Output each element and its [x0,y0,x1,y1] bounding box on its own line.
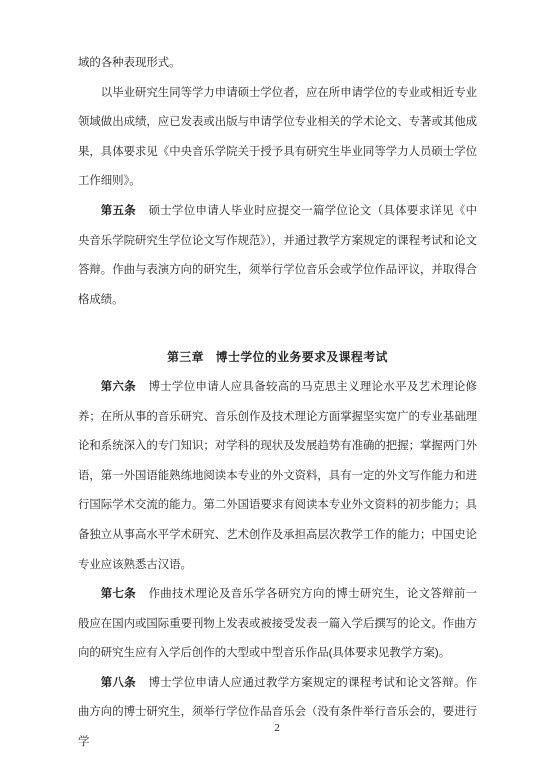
page-number: 2 [274,722,280,734]
article-7-label: 第七条 [101,588,136,600]
chapter-3-label: 第三章 [167,350,204,364]
chapter-3-heading: 第三章博士学位的业务要求及课程考试 [78,343,477,373]
document-page: 域的各种表现形式。 以毕业研究生同等学力申请硕士学位者，应在所申请学位的专业或相… [0,0,554,783]
article-6-label: 第六条 [101,381,136,393]
article-7-text: 作曲技术理论及音乐学各研究方向的博士研究生，论文答辩前一般应在国内或国际重要刊物… [78,588,477,659]
page-footer: 2 [0,722,554,734]
paragraph-equivalent-ability: 以毕业研究生同等学力申请硕士学位者，应在所申请学位的专业或相近专业领域做出成绩，… [78,79,477,197]
document-body: 域的各种表现形式。 以毕业研究生同等学力申请硕士学位者，应在所申请学位的专业或相… [78,49,477,758]
article-8-text: 博士学位申请人应通过教学方案规定的课程考试和论文答辩。作曲方向的博士研究生，须举… [78,677,477,748]
paragraph-article-6: 第六条博士学位申请人应具备较高的马克思主义理论水平及艺术理论修养；在所从事的音乐… [78,373,477,580]
paragraph-continuation: 域的各种表现形式。 [78,49,477,79]
article-5-text: 硕士学位申请人毕业时应提交一篇学位论文（具体要求详见《中央音乐学院研究生学位论文… [78,205,477,306]
article-6-text: 博士学位申请人应具备较高的马克思主义理论水平及艺术理论修养；在所从事的音乐研究、… [78,381,477,571]
paragraph-article-7: 第七条作曲技术理论及音乐学各研究方向的博士研究生，论文答辩前一般应在国内或国际重… [78,580,477,669]
article-5-label: 第五条 [101,205,136,217]
chapter-3-title: 博士学位的业务要求及课程考试 [216,350,388,364]
paragraph-article-8: 第八条博士学位申请人应通过教学方案规定的课程考试和论文答辩。作曲方向的博士研究生… [78,669,477,758]
paragraph-article-5: 第五条硕士学位申请人毕业时应提交一篇学位论文（具体要求详见《中央音乐学院研究生学… [78,197,477,315]
article-8-label: 第八条 [101,677,136,689]
